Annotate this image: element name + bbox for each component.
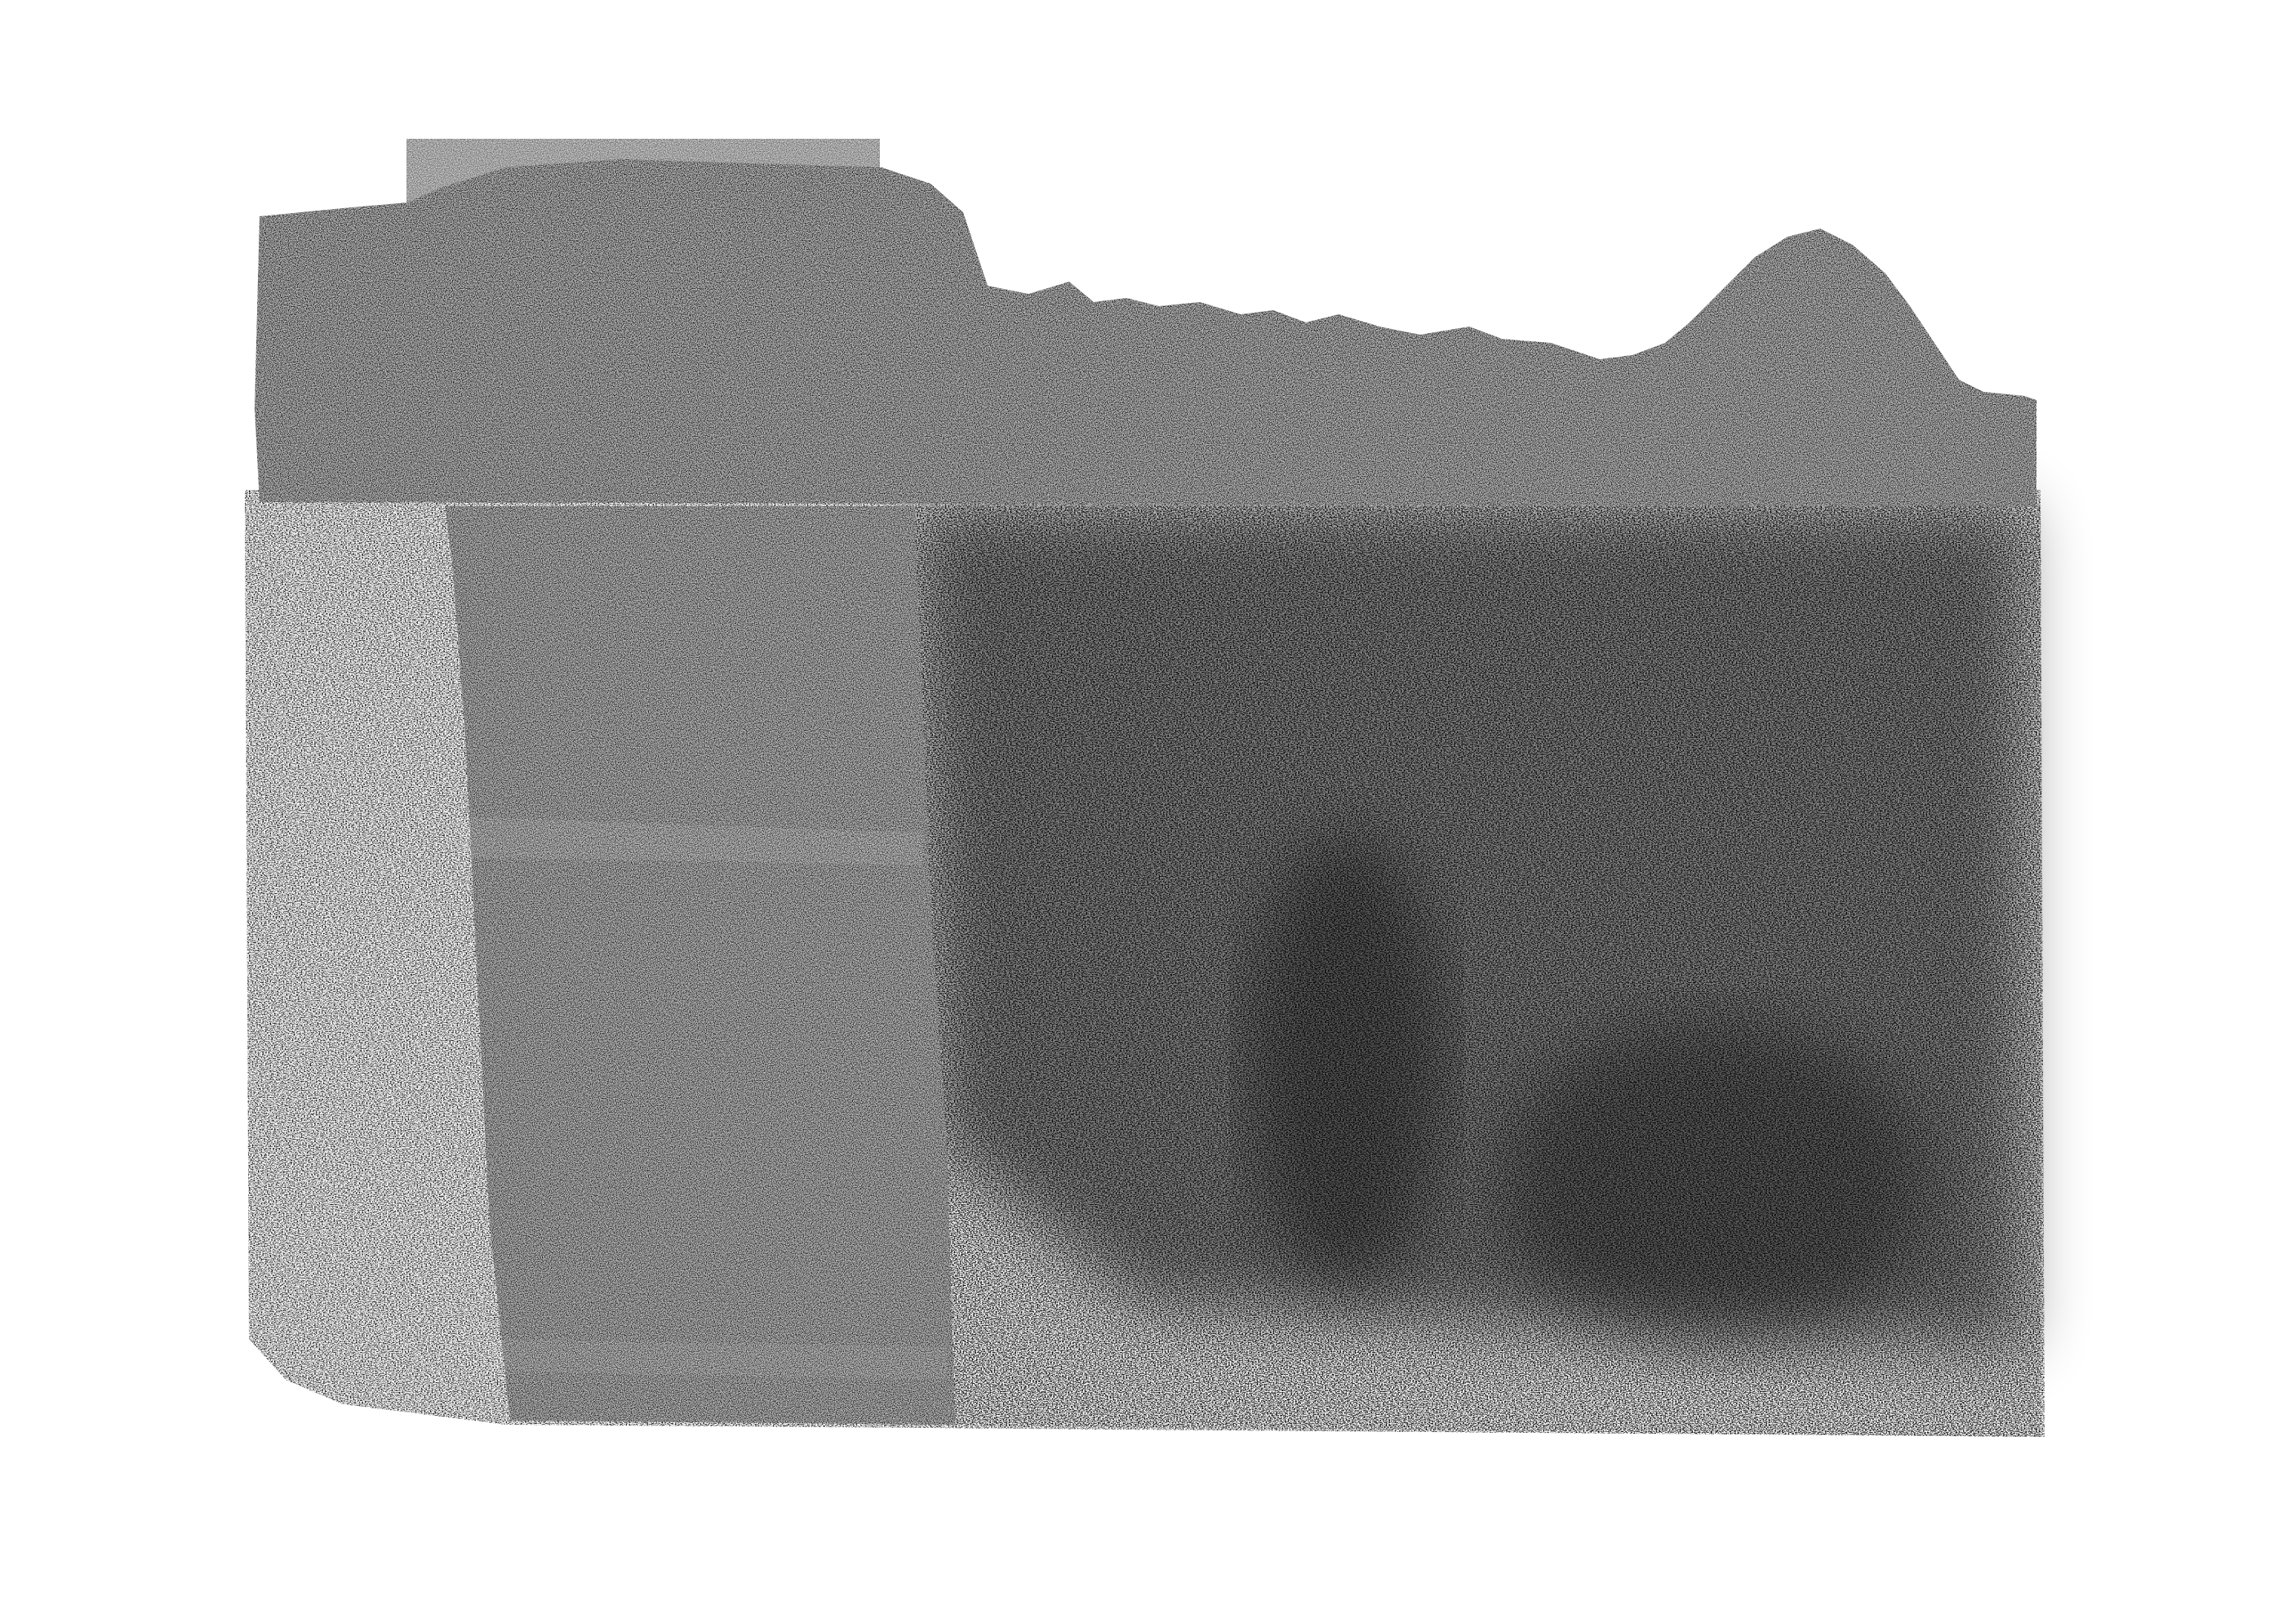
vertical-column	[445, 506, 955, 1425]
monoprint-artwork	[0, 0, 2296, 1601]
